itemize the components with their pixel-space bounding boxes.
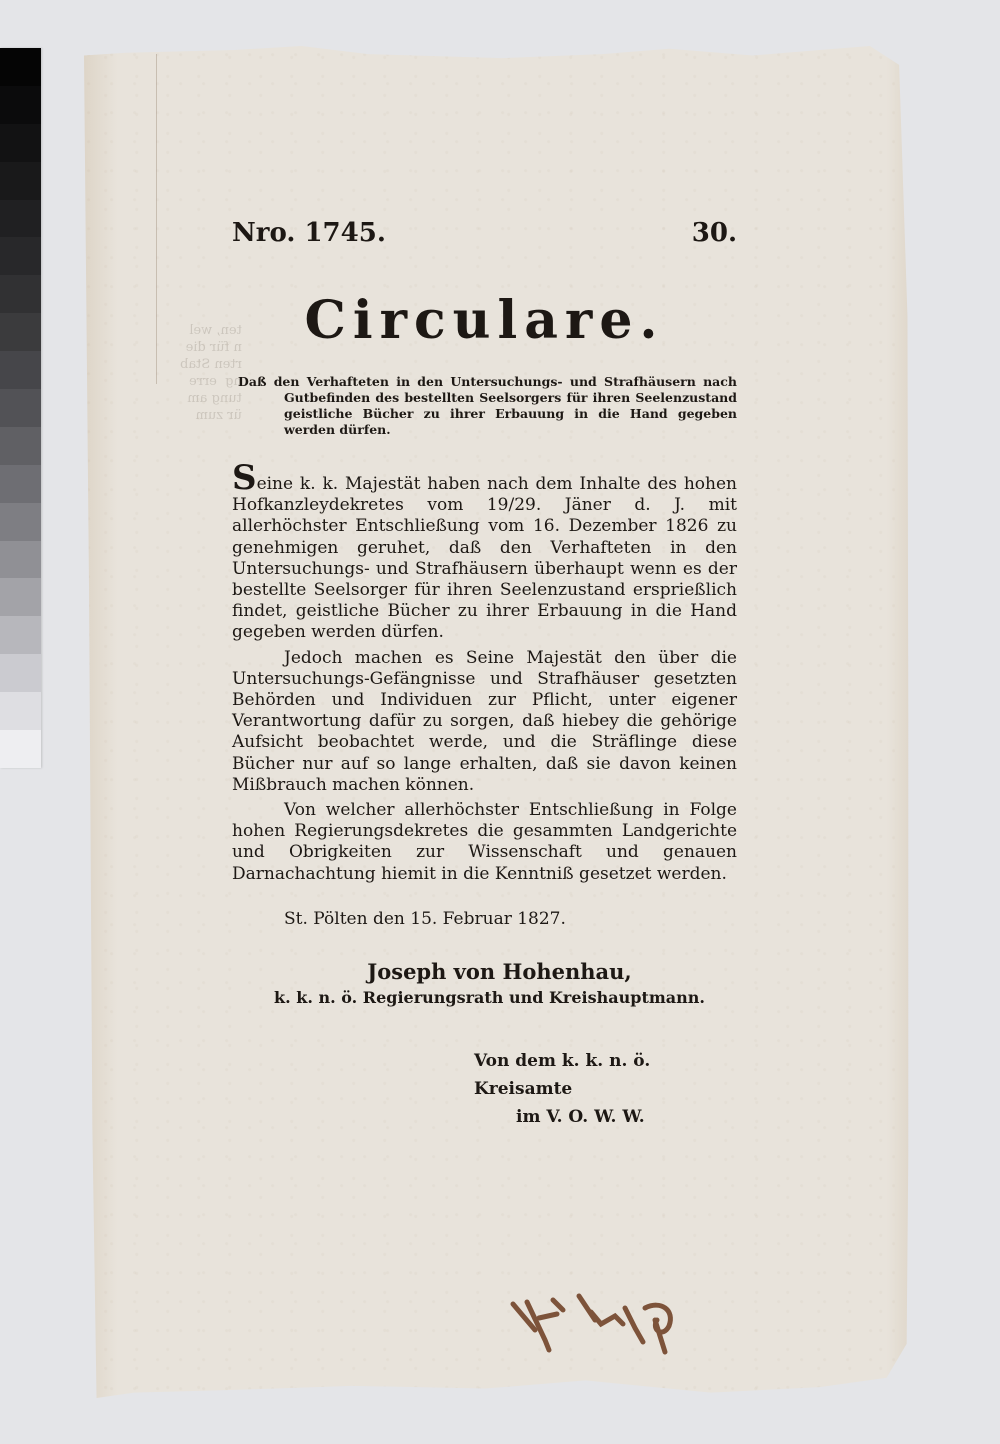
calibration-step	[0, 692, 41, 730]
calibration-step	[0, 654, 41, 692]
grayscale-calibration-strip	[0, 48, 41, 768]
calibration-step	[0, 86, 41, 124]
document-number: Nro. 1745.	[232, 218, 386, 248]
calibration-step	[0, 162, 41, 200]
document-header: Nro. 1745. 30.	[232, 218, 737, 258]
drop-initial: S	[232, 458, 257, 498]
document-body: Seine k. k. Majestät haben nach dem Inha…	[232, 468, 737, 885]
calibration-step	[0, 503, 41, 541]
calibration-step	[0, 313, 41, 351]
paragraph-2: Jedoch machen es Seine Majestät den über…	[232, 648, 737, 796]
calibration-step	[0, 237, 41, 275]
paragraph-1: Seine k. k. Majestät haben nach dem Inha…	[232, 468, 737, 644]
document-title: Circulare.	[232, 286, 737, 356]
issuing-office-line-2: im V. O. W. W.	[474, 1103, 737, 1131]
paragraph-3: Von welcher allerhöchster Entschließung …	[232, 800, 737, 885]
calibration-step	[0, 124, 41, 162]
calibration-step	[0, 465, 41, 503]
calibration-step	[0, 200, 41, 238]
dateline: St. Pölten den 15. Februar 1827.	[232, 909, 737, 929]
calibration-step	[0, 578, 41, 616]
calibration-step	[0, 427, 41, 465]
calibration-step	[0, 275, 41, 313]
page-number: 30.	[692, 218, 737, 248]
calibration-step	[0, 730, 41, 768]
calibration-step	[0, 541, 41, 579]
signer-title: k. k. n. ö. Regierungsrath und Kreishaup…	[232, 988, 737, 1007]
handwritten-annotation	[505, 1290, 695, 1360]
paragraph-1-text: eine k. k. Majestät haben nach dem Inhal…	[232, 474, 737, 642]
calibration-step	[0, 48, 41, 86]
issuing-office: Von dem k. k. n. ö. Kreisamte im V. O. W…	[232, 1047, 737, 1131]
calibration-step	[0, 389, 41, 427]
signer-name: Joseph von Hohenhau,	[232, 959, 737, 984]
calibration-step	[0, 616, 41, 654]
circular-document: Nro. 1745. 30. Circulare. Daß den Verhaf…	[232, 218, 737, 1131]
issuing-office-line-1: Von dem k. k. n. ö. Kreisamte	[474, 1047, 737, 1103]
calibration-step	[0, 351, 41, 389]
document-subject: Daß den Verhafteten in den Untersuchungs…	[238, 374, 737, 438]
paper-fold-line	[156, 54, 157, 384]
